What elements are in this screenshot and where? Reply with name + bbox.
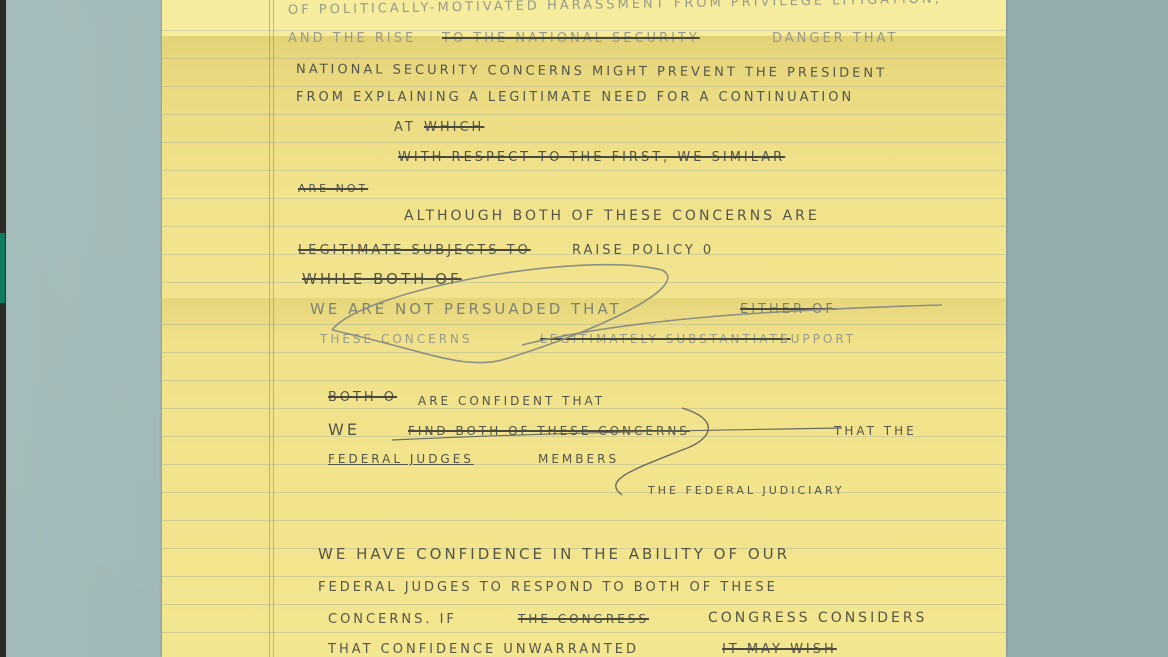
ruled-line [162, 282, 1006, 283]
ruled-line [162, 226, 1006, 227]
left-edge-green-tab [0, 233, 5, 303]
handwritten-line: THAT THE [834, 424, 917, 438]
margin-line [273, 0, 274, 657]
handwritten-struck-line: THE CONGRESS [518, 612, 649, 626]
handwritten-struck-line: LEGITIMATE SUBJECTS TO [298, 243, 531, 258]
handwritten-line: FEDERAL JUDGES TO RESPOND TO BOTH OF THE… [318, 580, 778, 595]
handwritten-line: CONCERNS. IF [328, 612, 457, 627]
ruled-line [162, 324, 1006, 325]
ruled-line [162, 632, 1006, 633]
handwritten-struck-line: WHILE BOTH OF [302, 270, 462, 288]
handwritten-line: THE FEDERAL JUDICIARY [648, 484, 845, 497]
handwritten-line: FEDERAL JUDGES [328, 452, 474, 466]
ruled-line [162, 142, 1006, 143]
ruled-line [162, 604, 1006, 605]
handwritten-line: THESE CONCERNS [320, 332, 473, 346]
handwritten-line: AT [394, 120, 416, 135]
handwritten-line: CONGRESS CONSIDERS [708, 610, 927, 626]
ruled-line [162, 408, 1006, 409]
ruled-line [162, 198, 1006, 199]
handwritten-line: WE ARE NOT PERSUADED THAT [310, 300, 622, 318]
left-edge-strip [0, 0, 6, 657]
handwritten-line: THAT CONFIDENCE UNWARRANTED [328, 642, 639, 657]
handwritten-struck-line: IT MAY WISH [722, 642, 837, 657]
handwritten-struck-line: WHICH [424, 120, 484, 135]
ruled-line [162, 170, 1006, 171]
handwritten-line: MEMBERS [538, 452, 619, 466]
legal-pad-page: OF POLITICALLY-MOTIVATED HARASSMENT FROM… [162, 0, 1006, 657]
handwritten-line: ALTHOUGH BOTH OF THESE CONCERNS ARE [404, 208, 820, 224]
handwritten-struck-line: TO THE NATIONAL SECURITY [442, 31, 700, 46]
handwritten-line: ARE CONFIDENT THAT [418, 394, 605, 408]
handwritten-struck-line: LEGITIMATELY SUBSTANTIATE [540, 332, 790, 346]
handwritten-line: SUPPORT [780, 332, 856, 346]
margin-line [269, 0, 270, 657]
handwritten-struck-line: BOTH O [328, 390, 397, 405]
ruled-line [162, 576, 1006, 577]
handwritten-struck-line: EITHER OF [740, 302, 836, 317]
handwritten-struck-line: WITH RESPECT TO THE FIRST, WE SIMILAR [398, 150, 785, 165]
ruled-line [162, 114, 1006, 115]
ruled-line [162, 352, 1006, 353]
handwritten-line: DANGER THAT [772, 31, 898, 46]
handwritten-line: WE [328, 420, 360, 439]
handwritten-line: AND THE RISE [288, 31, 416, 46]
handwritten-line: RAISE POLICY 0 [572, 243, 714, 258]
handwritten-struck-line: FIND BOTH OF THESE CONCERNS [408, 424, 690, 438]
ruled-line [162, 58, 1006, 59]
ruled-line [162, 86, 1006, 87]
ruled-line [162, 380, 1006, 381]
handwritten-line: FROM EXPLAINING A LEGITIMATE NEED FOR A … [296, 90, 854, 105]
ruled-line [162, 520, 1006, 521]
handwritten-line: WE HAVE CONFIDENCE IN THE ABILITY OF OUR [318, 545, 790, 563]
handwritten-struck-line: ARE NOT [298, 182, 368, 195]
ruled-line [162, 492, 1006, 493]
